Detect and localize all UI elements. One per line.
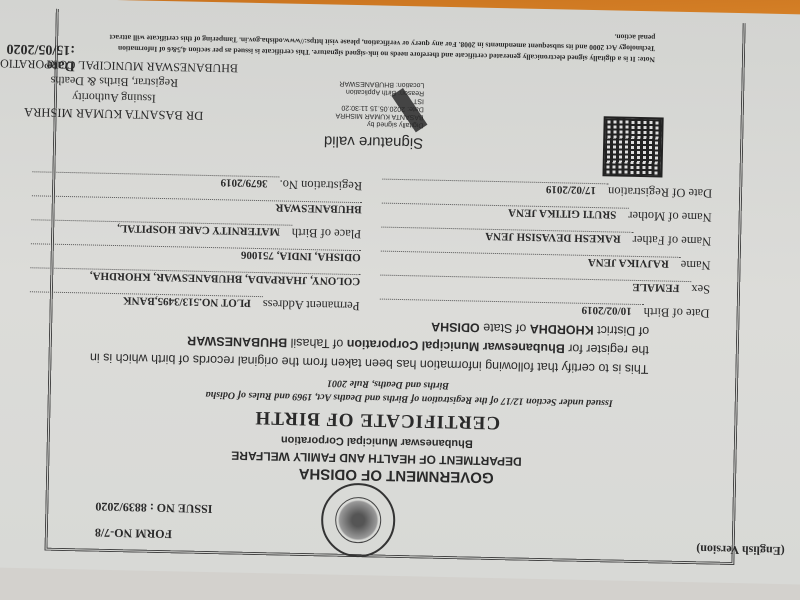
form-number: FORM NO-7/8 bbox=[95, 525, 172, 542]
issue-number: ISSUE NO : 8839/2020 bbox=[95, 499, 212, 516]
issue-date: Date :15/05/2020 bbox=[0, 39, 75, 73]
qr-code bbox=[602, 116, 663, 177]
signature-status: Signature valid bbox=[324, 132, 424, 151]
signature-meta: Digitally signed by BASANTA KUMAR MISHRA… bbox=[335, 79, 424, 129]
state: ODISHA bbox=[431, 320, 480, 335]
version-label: (English Version) bbox=[696, 541, 785, 558]
register-for: Bhubaneswar Municipal Corporation bbox=[347, 337, 565, 356]
birth-certificate: (English Version) FORM NO-7/8 ISSUE NO :… bbox=[0, 0, 800, 585]
certify-paragraph: This is to certify that following inform… bbox=[88, 310, 649, 379]
district: KHORDHA bbox=[530, 322, 594, 337]
tahasil: BHUBANESWAR bbox=[187, 334, 287, 350]
